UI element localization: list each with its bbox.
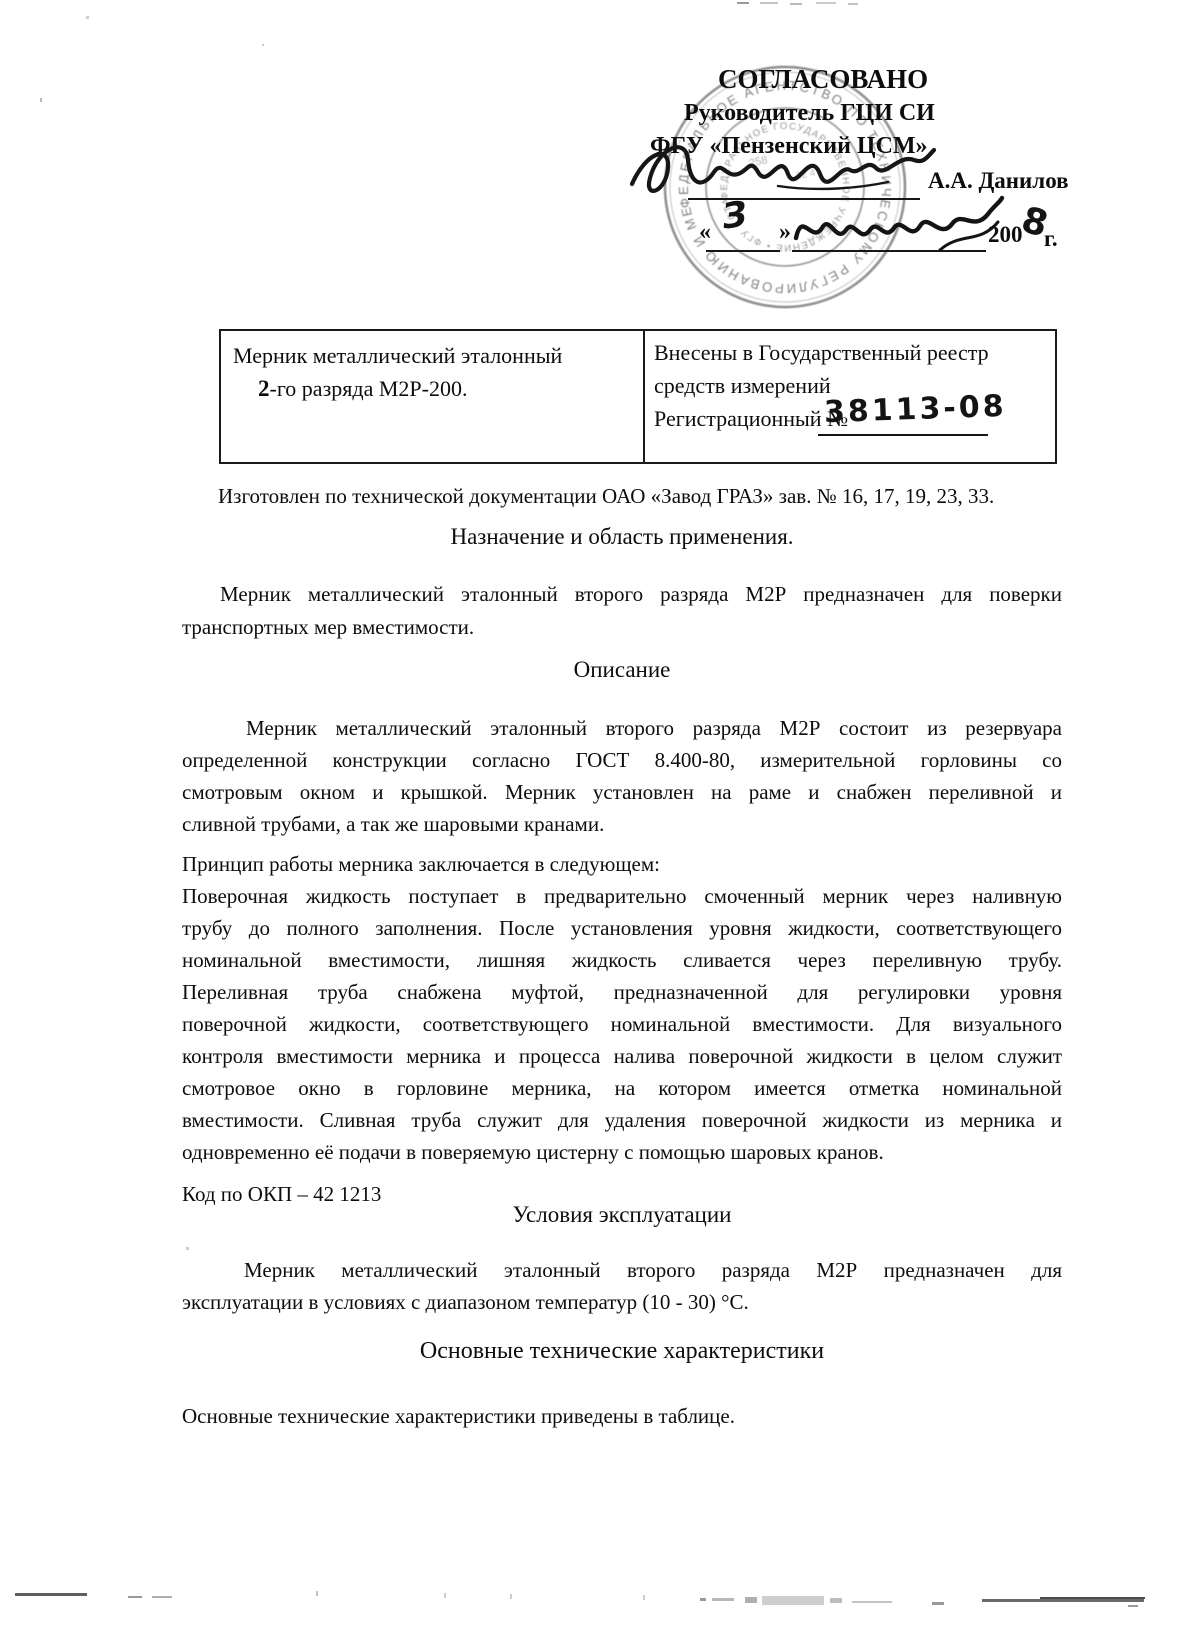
date-day-line [706, 250, 780, 252]
date-day-handwritten: З [721, 194, 748, 238]
registration-number-handwritten: 38113-08 [823, 389, 1007, 430]
approval-agreed-title: СОГЛАСОВАНО [718, 64, 928, 95]
purpose-paragraph-line: Мерник металлический эталонный второго р… [182, 578, 1062, 610]
operating-paragraph-line: эксплуатации в условиях с диапазоном тем… [182, 1286, 1062, 1318]
operating-conditions-heading: Условия эксплуатации [182, 1202, 1062, 1228]
principle-paragraph-line: Переливная труба снабжена муфтой, предна… [182, 976, 1062, 1008]
principle-intro-line: Принцип работы мерника заключается в сле… [182, 848, 1062, 880]
product-name-line-2: 2-го разряда М2Р-200. [258, 372, 467, 405]
description-paragraph-line: Мерник металлический эталонный второго р… [182, 712, 1062, 744]
date-year-suffix: г. [1044, 226, 1058, 252]
principle-paragraph-line: поверочной жидкости, соответствующего но… [182, 1008, 1062, 1040]
approval-role-line: Руководитель ГЦИ СИ [684, 100, 935, 127]
description-paragraph-line: смотровым окном и крышкой. Мерник устано… [182, 776, 1062, 808]
description-section-heading: Описание [182, 657, 1062, 683]
principle-paragraph-line: Поверочная жидкость поступает в предвари… [182, 880, 1062, 912]
scanned-document-page: ФЕДЕРАЛЬНОЕ АГЕНТСТВО ПО ТЕХНИЧЕСКОМУ РЕ… [0, 0, 1181, 1645]
date-month-line [792, 250, 986, 252]
principle-paragraph-line: номинальной вместимости, лишняя жидкость… [182, 944, 1062, 976]
date-month-scribble [790, 192, 1005, 254]
product-class-rest: -го разряда М2Р-200. [270, 376, 468, 401]
product-class-number: 2 [258, 376, 270, 401]
purpose-section-heading: Назначение и область применения. [182, 524, 1062, 550]
registry-entry-line-2: средств измерений [654, 369, 831, 402]
principle-paragraph-line: трубу до полного заполнения. После устан… [182, 912, 1062, 944]
description-paragraph-line: сливной трубами, а так же шаровыми крана… [182, 808, 1062, 840]
manufactured-by-line: Изготовлен по технической документации О… [218, 480, 994, 512]
operating-paragraph-line: Мерник металлический эталонный второго р… [182, 1254, 1062, 1286]
principle-paragraph-line: контроля вместимости мерника и процесса … [182, 1040, 1062, 1072]
registration-number-label: Регистрационный № [654, 402, 848, 435]
description-paragraph-line: определенной конструкции согласно ГОСТ 8… [182, 744, 1062, 776]
principle-paragraph-line: вместимости. Сливная труба служит для уд… [182, 1104, 1062, 1136]
specs-section-heading: Основные технические характеристики [182, 1338, 1062, 1365]
principle-paragraph-line: смотровое окно в горловине мерника, на к… [182, 1072, 1062, 1104]
purpose-paragraph-line: транспортных мер вместимости. [182, 611, 1062, 643]
registry-entry-line-1: Внесены в Государственный реестр [654, 336, 989, 369]
registry-table-divider [643, 329, 645, 464]
specs-note-line: Основные технические характеристики прив… [182, 1400, 1062, 1432]
product-name-line-1: Мерник металлический эталонный [233, 339, 562, 372]
date-open-quote: « [699, 219, 711, 246]
approval-signee-name: А.А. Данилов [928, 168, 1069, 194]
registration-number-underline [818, 434, 988, 436]
principle-paragraph-line: одновременно её подачи в поверяемую цист… [182, 1136, 1062, 1168]
